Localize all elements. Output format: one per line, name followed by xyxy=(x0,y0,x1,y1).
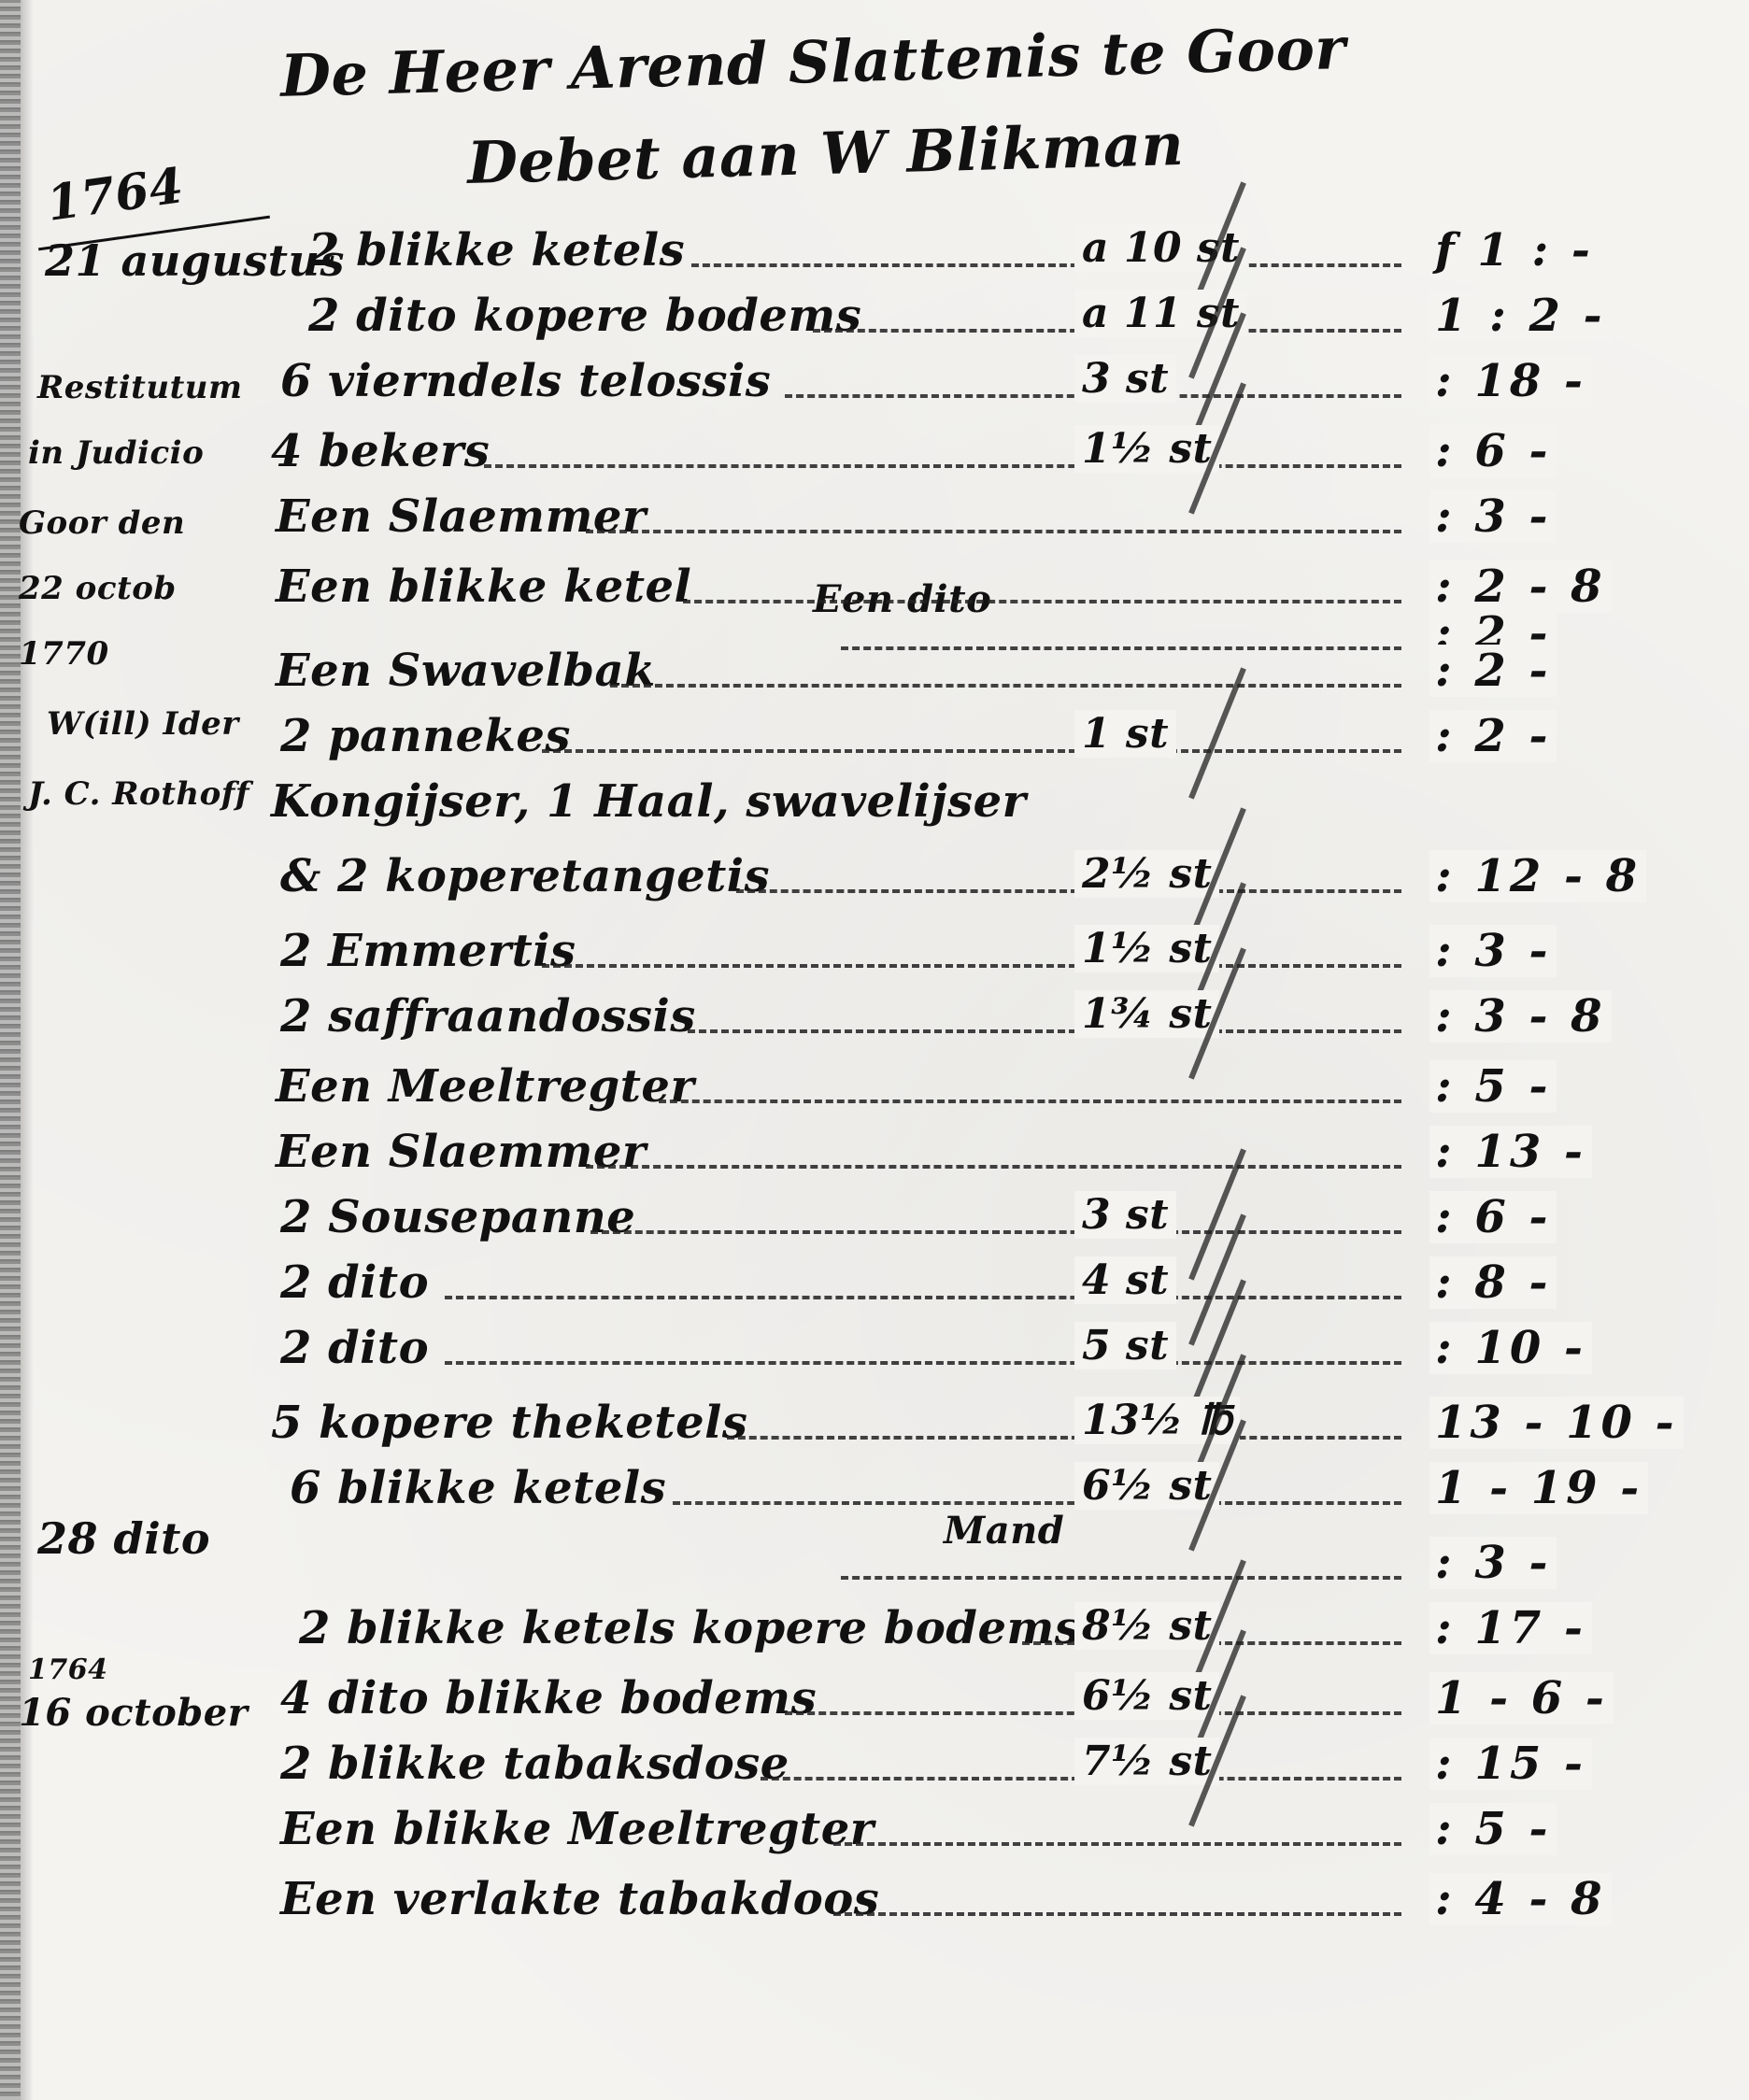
item-description: Een blikke Meeltregter xyxy=(280,1803,874,1855)
unit-price: 1½ st xyxy=(1074,925,1219,972)
unit-price: 6½ st xyxy=(1074,1672,1219,1720)
line-amount: : 3 - xyxy=(1429,490,1557,543)
line-amount: 1 - 19 - xyxy=(1429,1462,1648,1514)
ledger-row: 4 bekers1½ st: 6 - xyxy=(0,425,1749,490)
item-description: & 2 koperetangetis xyxy=(280,850,770,902)
margin-year: 1764 xyxy=(43,157,187,233)
line-amount: : 5 - xyxy=(1429,1060,1557,1113)
line-amount: 1 - 6 - xyxy=(1429,1672,1614,1724)
item-description: 6 vierndels telossis xyxy=(280,355,771,407)
ledger-page: De Heer Arend Slattenis te Goor Debet aa… xyxy=(0,0,1749,2100)
ledger-row: Een Slaemmer: 13 - xyxy=(0,1126,1749,1191)
item-description: Een Swavelbak xyxy=(276,645,656,697)
leader-dashes xyxy=(833,1912,1401,1916)
item-description: Kongijser, 1 Haal, swavelijser xyxy=(271,775,1026,828)
leader-dashes xyxy=(691,263,1401,267)
line-amount: 1 : 2 - xyxy=(1429,290,1612,342)
unit-price: 1¾ st xyxy=(1074,990,1219,1038)
item-description: Een Meeltregter xyxy=(276,1060,694,1113)
line-amount: : 6 - xyxy=(1429,425,1557,477)
item-annotation: Mand xyxy=(944,1509,1064,1553)
leader-dashes xyxy=(683,600,1401,603)
line-amount: : 5 - xyxy=(1429,1803,1557,1855)
item-description: 2 saffraandossis xyxy=(280,990,696,1043)
ledger-row: 6 vierndels telossis3 st: 18 - xyxy=(0,355,1749,420)
ledger-row: Kongijser, 1 Haal, swavelijser xyxy=(0,775,1749,841)
line-amount: : 15 - xyxy=(1429,1738,1592,1790)
ledger-row: Mand: 3 - xyxy=(0,1537,1749,1602)
ledger-subtitle: Debet aan W Blikman xyxy=(466,110,1185,197)
ledger-row: & 2 koperetangetis2½ st: 12 - 8 xyxy=(0,850,1749,915)
line-amount: : 3 - 8 xyxy=(1429,990,1612,1043)
unit-price: 1 st xyxy=(1074,710,1176,758)
item-description: Een blikke ketel xyxy=(276,560,691,613)
line-amount: : 3 - xyxy=(1429,1537,1557,1589)
leader-dashes xyxy=(841,1576,1401,1580)
leader-dashes xyxy=(610,684,1401,688)
unit-price: 3 st xyxy=(1074,355,1176,403)
line-amount: : 18 - xyxy=(1429,355,1592,407)
leader-dashes xyxy=(673,1501,1401,1505)
leader-dashes xyxy=(727,1436,1401,1440)
ledger-row: 5 kopere theketels13½ ℔13 - 10 - xyxy=(0,1397,1749,1462)
leader-dashes xyxy=(445,1361,1401,1365)
item-description: 4 dito blikke bodems xyxy=(280,1672,817,1724)
ledger-row: 2 blikke tabaksdose7½ st: 15 - xyxy=(0,1738,1749,1803)
item-description: Een Slaemmer xyxy=(276,490,647,543)
ledger-row: 2 saffraandossis1¾ st: 3 - 8 xyxy=(0,990,1749,1056)
unit-price: 2½ st xyxy=(1074,850,1219,898)
ledger-row: 2 Sousepanne3 st: 6 - xyxy=(0,1191,1749,1256)
line-amount: : 2 - xyxy=(1429,645,1557,697)
leader-dashes xyxy=(542,964,1401,968)
ledger-row: 6 blikke ketels6½ st1 - 19 - xyxy=(0,1462,1749,1527)
ledger-row: 2 pannekes1 st: 2 - xyxy=(0,710,1749,775)
line-amount: : 3 - xyxy=(1429,925,1557,977)
ledger-row: 2 dito4 st: 8 - xyxy=(0,1256,1749,1322)
line-amount: : 17 - xyxy=(1429,1602,1592,1654)
line-amount: : 10 - xyxy=(1429,1322,1592,1374)
unit-price: 3 st xyxy=(1074,1191,1176,1239)
ledger-row: 2 dito5 st: 10 - xyxy=(0,1322,1749,1387)
line-amount: : 2 - xyxy=(1429,710,1557,762)
unit-price: 5 st xyxy=(1074,1322,1176,1369)
leader-dashes xyxy=(586,530,1401,533)
item-description: 2 blikke ketels kopere bodems xyxy=(299,1602,1080,1654)
item-description: 2 pannekes xyxy=(280,710,571,762)
line-amount: : 6 - xyxy=(1429,1191,1557,1243)
item-description: 2 dito kopere bodems xyxy=(308,290,861,342)
item-description: Een Slaemmer xyxy=(276,1126,647,1178)
ledger-row: 2 dito kopere bodemsa 11 st1 : 2 - xyxy=(0,290,1749,355)
line-amount: 13 - 10 - xyxy=(1429,1397,1684,1449)
item-description: 6 blikke ketels xyxy=(290,1462,666,1514)
leader-dashes xyxy=(659,1100,1401,1103)
unit-price: 6½ st xyxy=(1074,1462,1219,1510)
ledger-row: 2 blikke ketels kopere bodems8½ st: 17 - xyxy=(0,1602,1749,1667)
leader-dashes xyxy=(542,749,1401,753)
line-amount: : 8 - xyxy=(1429,1256,1557,1309)
ledger-row: Een blikke Meeltregter: 5 - xyxy=(0,1803,1749,1868)
leader-dashes xyxy=(484,464,1401,468)
item-description: Een verlakte tabakdoos xyxy=(280,1873,879,1925)
line-amount: : 2 - 8 xyxy=(1429,560,1612,613)
unit-price: 1½ st xyxy=(1074,425,1219,473)
leader-dashes xyxy=(833,1842,1401,1846)
item-description: 5 kopere theketels xyxy=(271,1397,747,1449)
line-amount: : 13 - xyxy=(1429,1126,1592,1178)
line-amount: : 12 - 8 xyxy=(1429,850,1646,902)
item-description: 2 Sousepanne xyxy=(280,1191,635,1243)
ledger-row: Een Meeltregter: 5 - xyxy=(0,1060,1749,1126)
ledger-row: 4 dito blikke bodems6½ st1 - 6 - xyxy=(0,1672,1749,1738)
ledger-row: Een verlakte tabakdoos: 4 - 8 xyxy=(0,1873,1749,1938)
leader-dashes xyxy=(586,1165,1401,1169)
leader-dashes xyxy=(736,889,1401,893)
ledger-title: De Heer Arend Slattenis te Goor xyxy=(279,14,1346,110)
item-description: 2 dito xyxy=(280,1256,429,1309)
leader-dashes xyxy=(590,1230,1401,1234)
ledger-row: 2 Emmertis1½ st: 3 - xyxy=(0,925,1749,990)
ledger-row: Een Slaemmer: 3 - xyxy=(0,490,1749,556)
line-amount: : 4 - 8 xyxy=(1429,1873,1612,1925)
leader-dashes xyxy=(445,1296,1401,1299)
item-description: 2 blikke ketels xyxy=(308,224,685,277)
item-description: 2 Emmertis xyxy=(280,925,576,977)
ledger-row: 2 blikke ketelsa 10 stf 1 : - xyxy=(0,224,1749,290)
unit-price: 7½ st xyxy=(1074,1738,1219,1785)
item-description: 2 blikke tabaksdose xyxy=(280,1738,789,1790)
item-description: 2 dito xyxy=(280,1322,429,1374)
unit-price: 4 st xyxy=(1074,1256,1176,1304)
unit-price: 8½ st xyxy=(1074,1602,1219,1650)
line-amount: f 1 : - xyxy=(1429,224,1600,277)
ledger-row: Een Swavelbak: 2 - xyxy=(0,645,1749,710)
leader-dashes xyxy=(688,1029,1401,1033)
item-description: 4 bekers xyxy=(271,425,490,477)
